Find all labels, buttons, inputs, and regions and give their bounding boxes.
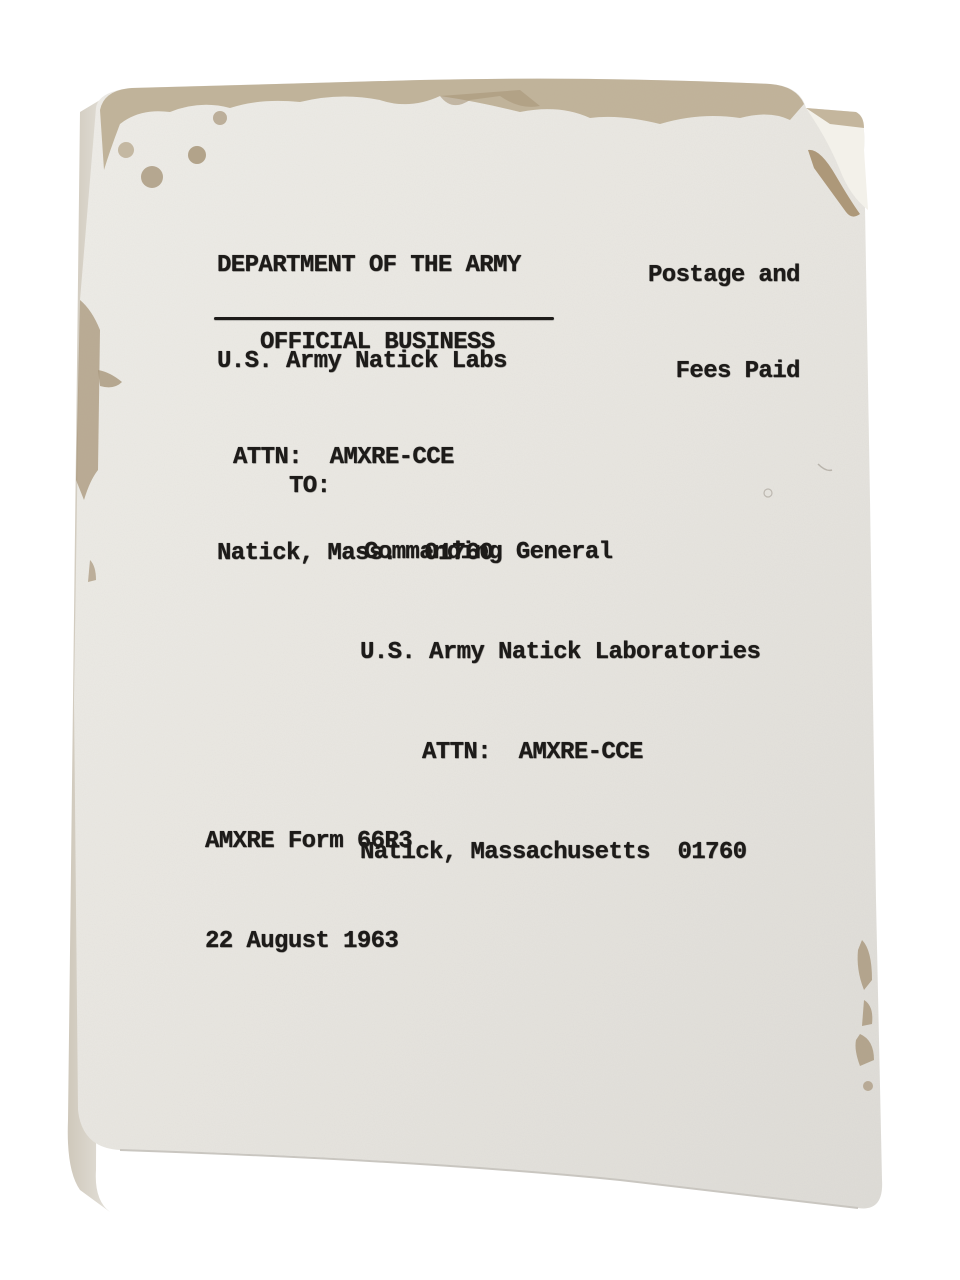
return-address-line: DEPARTMENT OF THE ARMY	[217, 250, 521, 282]
recipient-address-block: Commanding General U.S. Army Natick Labo…	[360, 471, 760, 903]
recipient-line: Natick, Massachusetts 01760	[360, 835, 760, 871]
return-address-line: ATTN: AMXRE-CCE	[217, 442, 521, 474]
form-date: 22 August 1963	[205, 924, 412, 960]
recipient-line: U.S. Army Natick Laboratories	[360, 635, 760, 671]
form-number: AMXRE Form 66R3	[205, 824, 412, 860]
official-business-label: OFFICIAL BUSINESS	[260, 327, 495, 359]
recipient-label: TO:	[289, 471, 330, 503]
recipient-line: Commanding General	[360, 535, 760, 571]
stain-spot	[188, 146, 206, 164]
form-info-block: AMXRE Form 66R3 22 August 1963	[205, 760, 412, 992]
postage-line: Postage and	[648, 260, 800, 292]
postage-line: Fees Paid	[648, 356, 800, 388]
left-edge-stain	[76, 300, 100, 500]
return-address-divider	[214, 317, 554, 320]
postage-block: Postage and Fees Paid	[648, 196, 800, 420]
recipient-line: ATTN: AMXRE-CCE	[360, 735, 760, 771]
